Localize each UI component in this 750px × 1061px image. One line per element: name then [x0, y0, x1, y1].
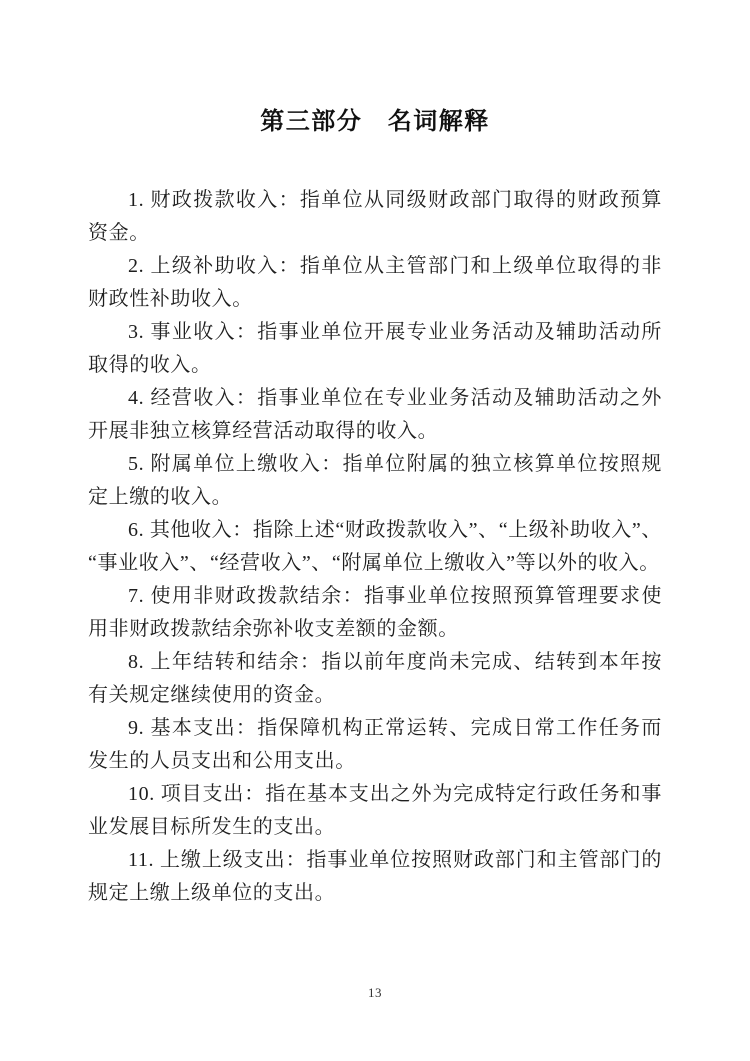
definition-paragraph-6: 6. 其他收入：指除上述“财政拨款收入”、“上级补助收入”、“事业收入”、“经营… — [88, 514, 662, 580]
definition-paragraph-4: 4. 经营收入：指事业单位在专业业务活动及辅助活动之外开展非独立核算经营活动取得… — [88, 382, 662, 448]
definition-paragraph-1: 1. 财政拨款收入：指单位从同级财政部门取得的财政预算资金。 — [88, 184, 662, 250]
definition-paragraph-5: 5. 附属单位上缴收入：指单位附属的独立核算单位按照规定上缴的收入。 — [88, 448, 662, 514]
definition-paragraph-7: 7. 使用非财政拨款结余：指事业单位按照预算管理要求使用非财政拨款结余弥补收支差… — [88, 580, 662, 646]
document-page: 第三部分 名词解释 1. 财政拨款收入：指单位从同级财政部门取得的财政预算资金。… — [0, 0, 750, 1061]
section-title: 第三部分 名词解释 — [0, 0, 750, 138]
definition-paragraph-9: 9. 基本支出：指保障机构正常运转、完成日常工作任务而发生的人员支出和公用支出。 — [88, 712, 662, 778]
definition-paragraph-3: 3. 事业收入：指事业单位开展专业业务活动及辅助活动所取得的收入。 — [88, 316, 662, 382]
definition-paragraph-8: 8. 上年结转和结余：指以前年度尚未完成、结转到本年按有关规定继续使用的资金。 — [88, 646, 662, 712]
document-body: 1. 财政拨款收入：指单位从同级财政部门取得的财政预算资金。 2. 上级补助收入… — [88, 184, 662, 910]
definition-paragraph-10: 10. 项目支出：指在基本支出之外为完成特定行政任务和事业发展目标所发生的支出。 — [88, 778, 662, 844]
page-number: 13 — [0, 985, 750, 1001]
definition-paragraph-2: 2. 上级补助收入：指单位从主管部门和上级单位取得的非财政性补助收入。 — [88, 250, 662, 316]
definition-paragraph-11: 11. 上缴上级支出：指事业单位按照财政部门和主管部门的规定上缴上级单位的支出。 — [88, 844, 662, 910]
